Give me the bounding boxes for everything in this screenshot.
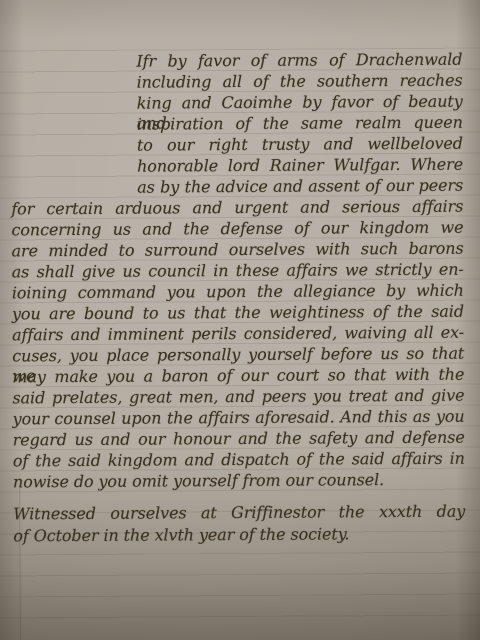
scroll-photo: Ifr by favor of arms of Drachenwald incl… bbox=[0, 0, 480, 640]
manuscript-line: affairs and imminent perils considered, … bbox=[12, 323, 464, 346]
manuscript-line: concerning us and the defense of our kin… bbox=[11, 218, 463, 241]
manuscript-line: as shall give us council in these affair… bbox=[12, 260, 464, 283]
manuscript-line: inspiration of the same realm queen bbox=[137, 113, 463, 135]
manuscript-line: said prelates, great men, and peers you … bbox=[12, 386, 464, 409]
manuscript-line: may make you a baron of our court so tha… bbox=[12, 365, 464, 388]
manuscript-line: ioining command you upon the allegiance … bbox=[12, 281, 464, 304]
manuscript-line: as by the advice and assent of our peers bbox=[137, 176, 463, 198]
manuscript-line: Ifr by favor of arms of Drachenwald bbox=[136, 50, 462, 72]
manuscript-line: of the said kingdom and dispatch of the … bbox=[13, 449, 465, 472]
manuscript-line: regard us and our honour and the safety … bbox=[13, 428, 465, 451]
manuscript-line: are minded to surround ourselves with su… bbox=[12, 239, 464, 262]
witness-line: of October in the xlvth year of the soci… bbox=[13, 524, 465, 547]
paper-surface: Ifr by favor of arms of Drachenwald incl… bbox=[0, 0, 480, 640]
manuscript-line: to our right trusty and wellbeloved bbox=[137, 134, 463, 156]
manuscript-line: honorable lord Rainer Wulfgar. Where bbox=[137, 155, 463, 177]
manuscript-line: including all of the southern reaches bbox=[136, 71, 462, 93]
manuscript-line: you are bound to us that the weightiness… bbox=[12, 302, 464, 325]
manuscript-line: nowise do you omit yourself from our cou… bbox=[13, 470, 465, 493]
manuscript-line: your counsel upon the affairs aforesaid.… bbox=[13, 407, 465, 430]
witness-line: Witnessed ourselves at Griffinestor the … bbox=[13, 502, 465, 525]
manuscript-line: for certain arduous and urgent and serio… bbox=[11, 197, 463, 220]
